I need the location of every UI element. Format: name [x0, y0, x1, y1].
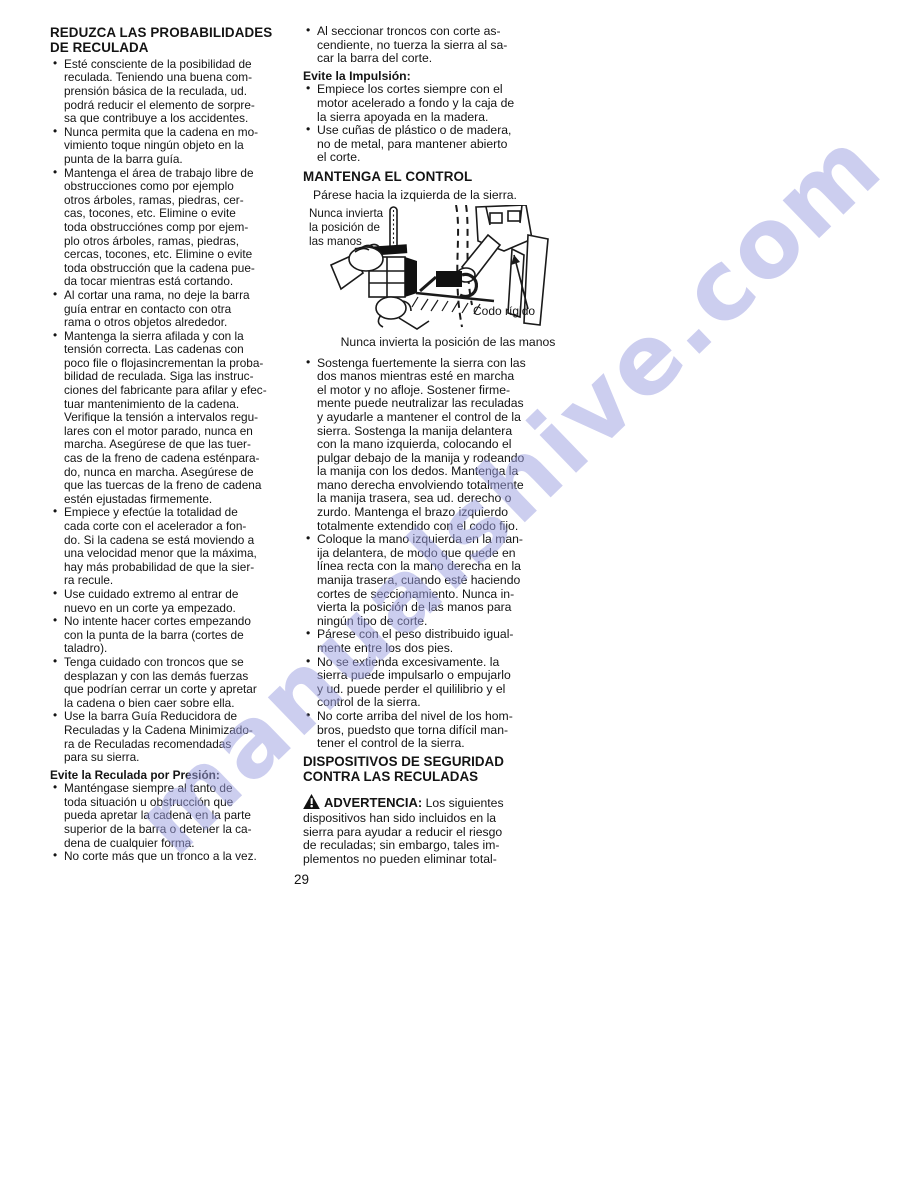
page-number: 29 [294, 872, 309, 887]
bullet-item: Coloque la mano izquierda en la man- ija… [303, 533, 593, 628]
bullet-item: Al cortar una rama, no deje la barra guí… [50, 289, 310, 330]
bullet-item: Tenga cuidado con troncos que se desplaz… [50, 656, 310, 710]
right-column: Al seccionar troncos con corte as- cendi… [303, 25, 593, 867]
bullet-item: Esté consciente de la posibilidad de rec… [50, 58, 310, 126]
subheading-evite-impulsion: Evite la Impulsión: [303, 70, 593, 84]
bullet-item: Use cuidado extremo al entrar de nuevo e… [50, 588, 310, 615]
control-figure: Nunca invierta la posición de las manos … [303, 205, 593, 333]
subheading-evite-presion: Evite la Reculada por Presión: [50, 769, 310, 783]
bullet-item: Empiece y efectúe la totalidad de cada c… [50, 506, 310, 588]
bullet-item: No corte más que un tronco a la vez. [50, 850, 310, 864]
bullet-item: No se extienda excesivamente. la sierra … [303, 656, 593, 710]
manual-page: REDUZCA LAS PROBABILIDADES DE RECULADA E… [0, 0, 918, 1188]
bullet-item: Use cuñas de plástico o de madera, no de… [303, 124, 593, 165]
bullet-item: Párese con el peso distribuido igual- me… [303, 628, 593, 655]
warning-label: ADVERTENCIA: [324, 795, 422, 810]
section-heading-control: MANTENGA EL CONTROL [303, 169, 593, 184]
bullet-item: No intente hacer cortes empezando con la… [50, 615, 310, 656]
section-heading-reduzca: REDUZCA LAS PROBABILIDADES DE RECULADA [50, 25, 310, 56]
bullet-item: No corte arriba del nivel de los hom- br… [303, 710, 593, 751]
section-heading-dispositivos: DISPOSITIVOS DE SEGURIDAD CONTRA LAS REC… [303, 754, 593, 785]
bullet-item: Nunca permita que la cadena en mo- vimie… [50, 126, 310, 167]
warning-triangle-icon [303, 794, 320, 813]
figure-caption-bottom: Nunca invierta la posición de las manos [303, 336, 593, 350]
left-column: REDUZCA LAS PROBABILIDADES DE RECULADA E… [50, 25, 310, 864]
bullet-item: Mantenga el área de trabajo libre de obs… [50, 167, 310, 289]
bullet-item: Mantenga la sierra afilada y con la tens… [50, 330, 310, 507]
bullet-item: Manténgase siempre al tanto de toda situ… [50, 782, 310, 850]
figure-caption-top: Párese hacia la izquierda de la sierra. [313, 189, 593, 203]
bullet-item: Al seccionar troncos con corte as- cendi… [303, 25, 593, 66]
figure-label-codo-rigido: Codo rígido [473, 305, 535, 319]
warning-paragraph: ADVERTENCIA: Los siguientes dispositivos… [303, 794, 593, 867]
bullet-item: Empiece los cortes siempre con el motor … [303, 83, 593, 124]
figure-label-never-invert: Nunca invierta la posición de las manos [309, 207, 383, 248]
bullet-item: Use la barra Guía Reducidora de Reculada… [50, 710, 310, 764]
bullet-item: Sostenga fuertemente la sierra con las d… [303, 357, 593, 534]
